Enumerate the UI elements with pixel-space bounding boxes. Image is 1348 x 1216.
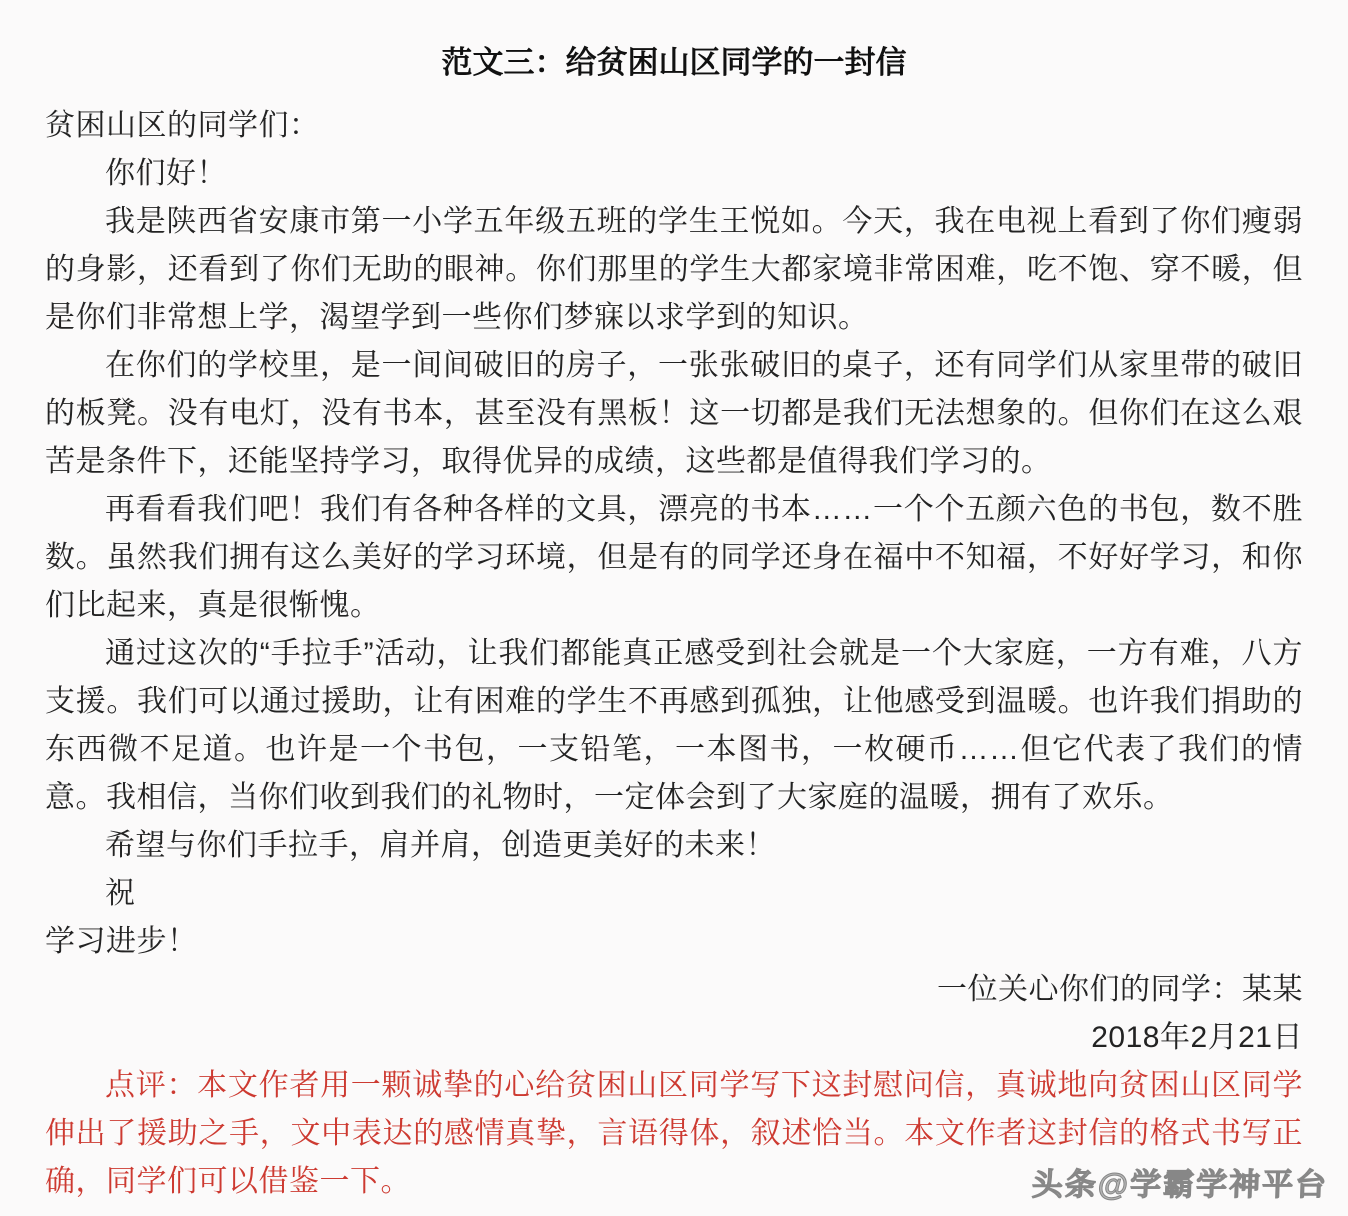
closing-hope-line: 希望与你们手拉手，肩并肩，创造更美好的未来！ — [45, 822, 1303, 870]
paragraph-compare: 再看看我们吧！我们有各种各样的文具，漂亮的书本……一个个五颜六色的书包，数不胜数… — [45, 486, 1303, 630]
greeting-line: 你们好！ — [45, 150, 1303, 198]
paragraph-school: 在你们的学校里，是一间间破旧的房子，一张张破旧的桌子，还有同学们从家里带的破旧的… — [45, 342, 1303, 486]
wish-content: 学习进步！ — [45, 918, 1303, 966]
page-title: 范文三：给贫困山区同学的一封信 — [45, 38, 1303, 88]
paragraph-activity: 通过这次的“手拉手”活动，让我们都能真正感受到社会就是一个大家庭，一方有难，八方… — [45, 630, 1303, 822]
wish-word: 祝 — [45, 870, 1303, 918]
watermark: 头条@学霸学神平台 — [1031, 1159, 1329, 1204]
paragraph-intro: 我是陕西省安康市第一小学五年级五班的学生王悦如。今天，我在电视上看到了你们瘦弱的… — [45, 198, 1303, 342]
signature-line: 一位关心你们的同学：某某 — [45, 966, 1303, 1014]
salutation-line: 贫困山区的同学们： — [45, 102, 1303, 150]
essay-page: 范文三：给贫困山区同学的一封信 贫困山区的同学们： 你们好！ 我是陕西省安康市第… — [0, 0, 1348, 1216]
date-line: 2018年2月21日 — [45, 1014, 1303, 1062]
